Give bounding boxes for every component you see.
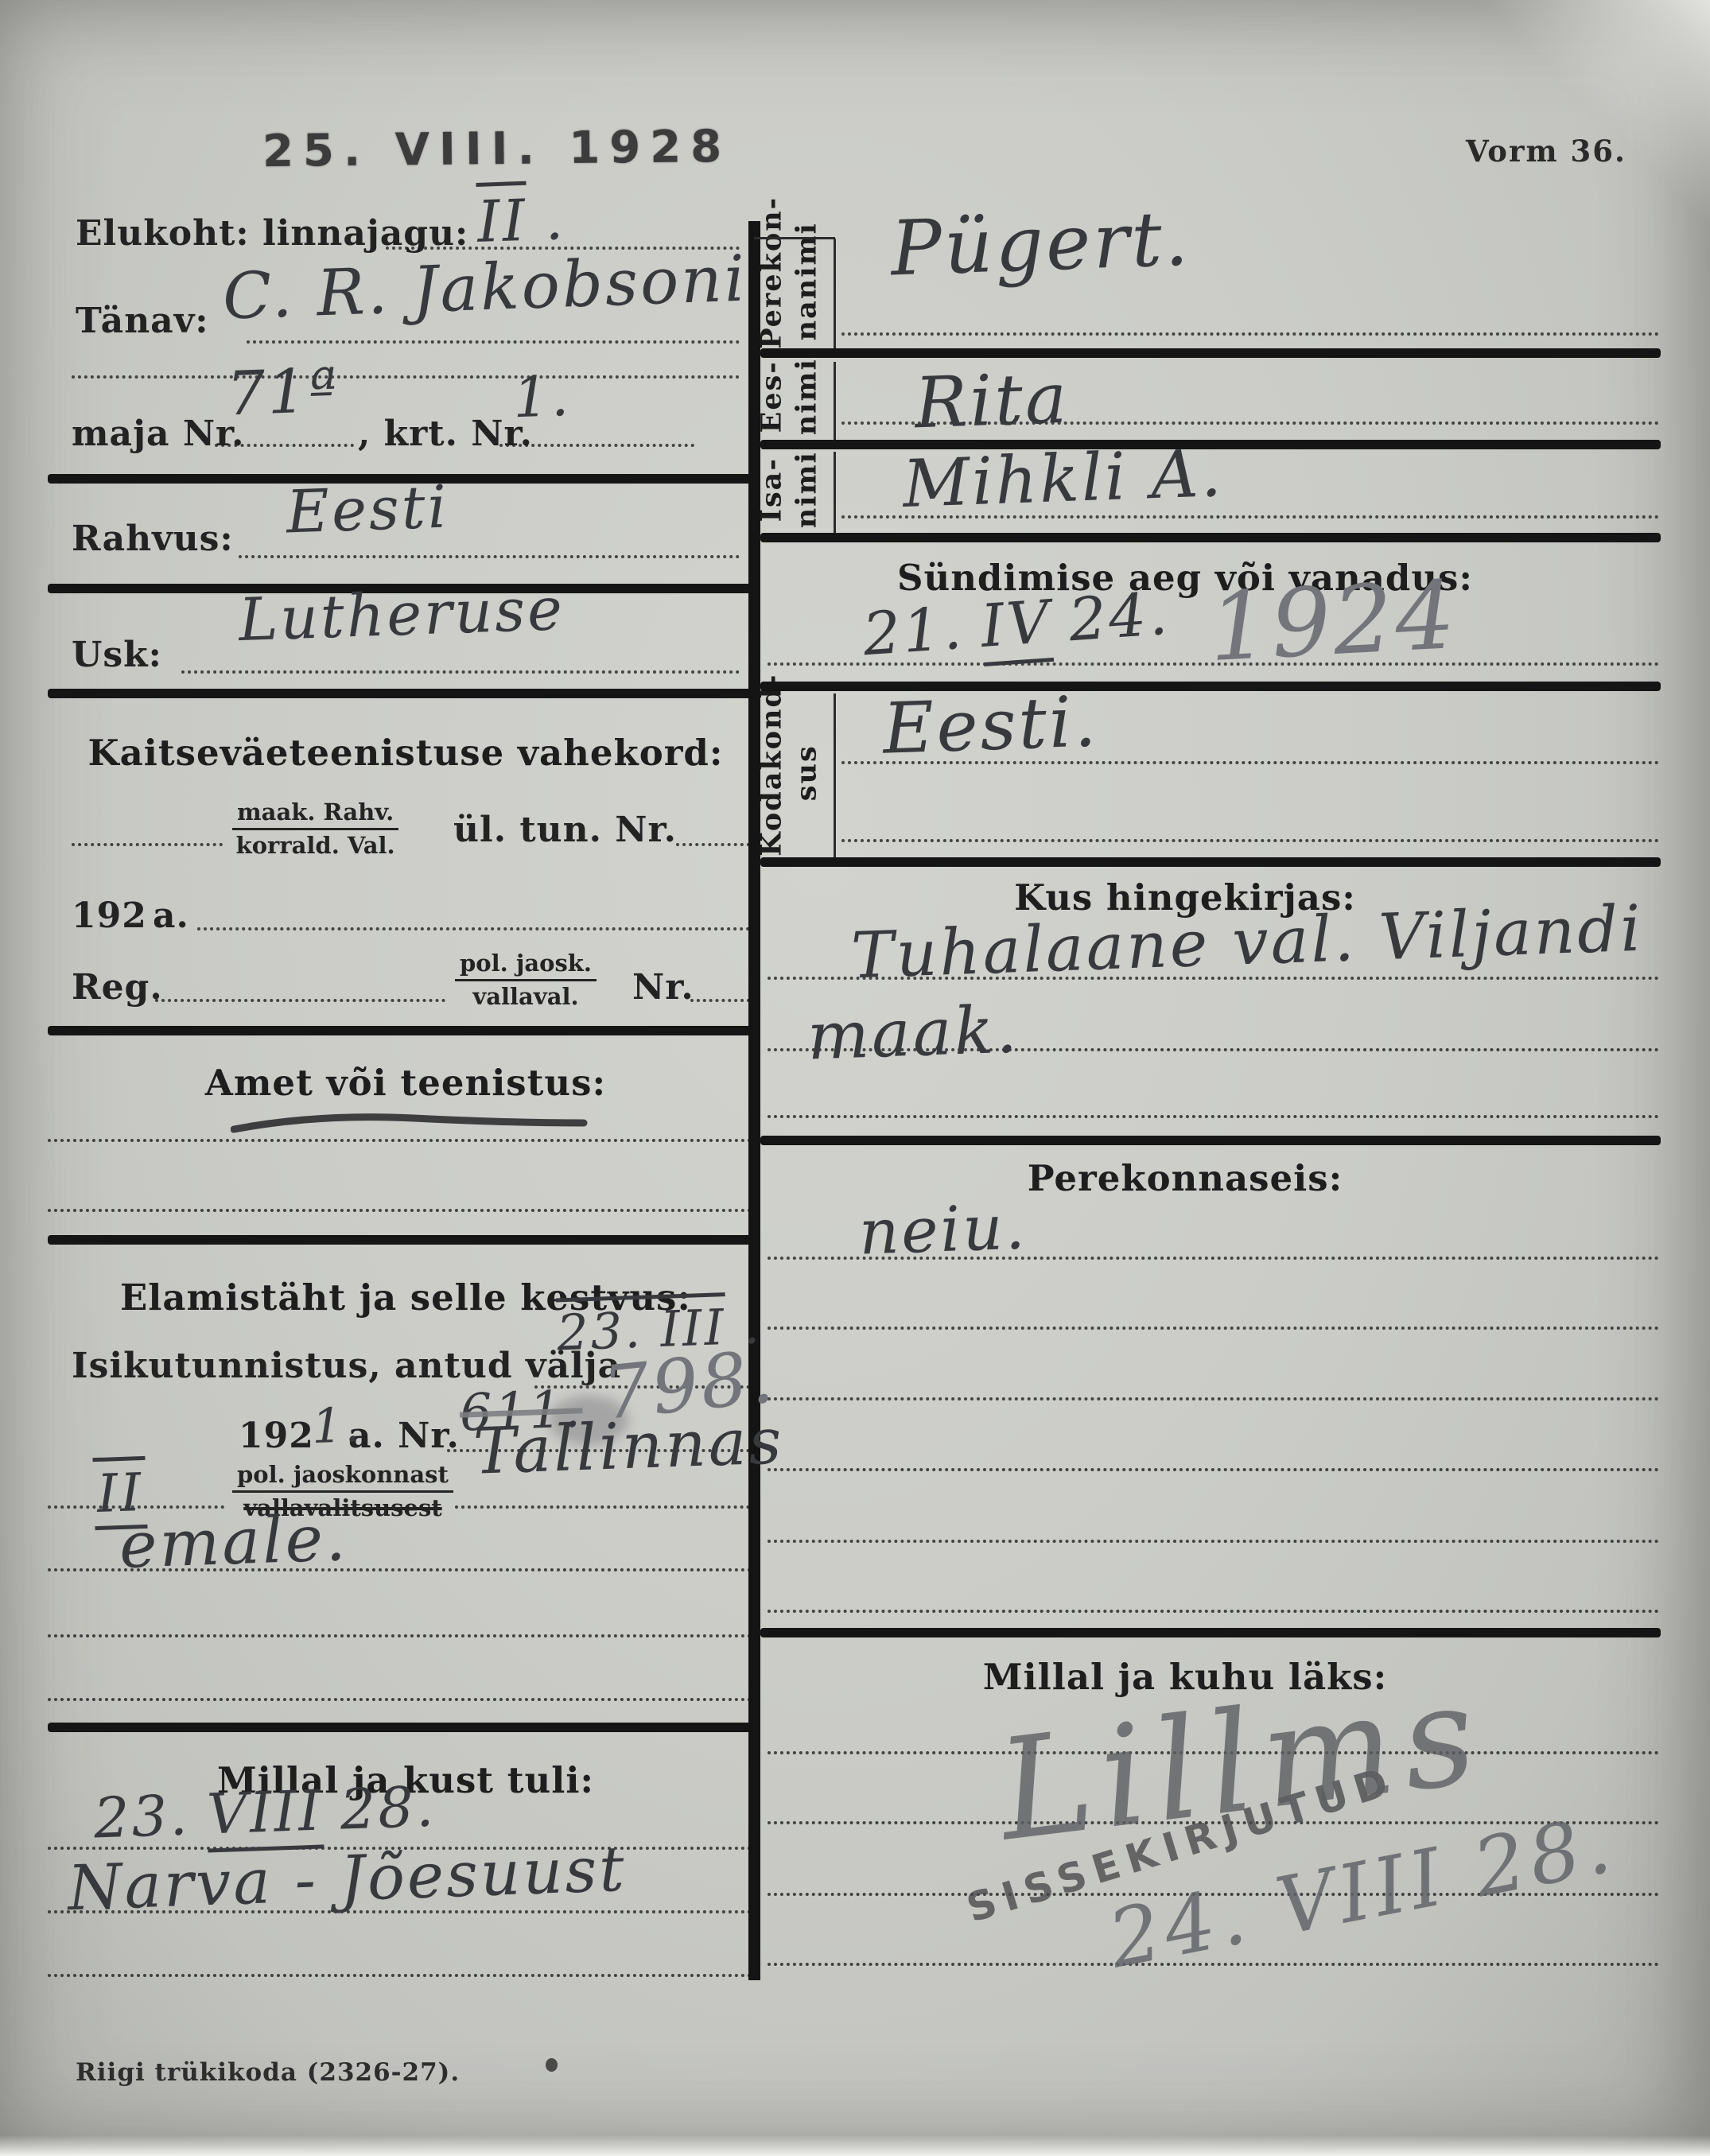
dotted-line xyxy=(239,555,740,558)
dotted-line xyxy=(841,332,1659,336)
field-isikutunnistus-label: Isikutunnistus, antud välja xyxy=(72,1346,621,1386)
section-heading-amet: Amet või teenistus: xyxy=(48,1062,764,1104)
field-tanav-label: Tänav: xyxy=(76,301,209,341)
printer-note: Riigi trükikoda (2326-27). xyxy=(76,2058,460,2087)
dotted-line xyxy=(72,843,223,846)
handwriting-kodakondsus: Eesti. xyxy=(881,680,1099,769)
printed-fraction-maak-korrald: maak. Rahv. korrald. Val. xyxy=(232,799,398,860)
dotted-line xyxy=(455,1505,750,1509)
handwriting-isanimi: Mihkli A. xyxy=(901,436,1225,522)
dotted-line xyxy=(768,1327,1659,1330)
field-nr-label: Nr. xyxy=(632,967,694,1008)
dotted-line xyxy=(768,1610,1659,1613)
roman-numeral: II xyxy=(476,181,528,255)
handwriting-hingekirjas-line2: maak. xyxy=(806,992,1020,1074)
pen-stroke-mark xyxy=(231,1112,589,1134)
dotted-line xyxy=(48,1139,752,1142)
section-divider xyxy=(760,1628,1661,1637)
dotted-line xyxy=(690,999,750,1002)
section-heading-kaitsevagi: Kaitseväeteenistuse vahekord: xyxy=(48,732,764,774)
section-divider xyxy=(760,857,1661,867)
dotted-line xyxy=(247,340,740,344)
section-divider xyxy=(48,1723,752,1732)
vertical-label-isanimi: Isa- nimi xyxy=(754,442,824,538)
field-reg-label: Reg. xyxy=(72,967,163,1008)
handwriting-perekonnaseis: neiu. xyxy=(857,1191,1028,1268)
column-divider xyxy=(748,221,760,1980)
dotted-line xyxy=(499,444,694,447)
handwriting-year-digit: 1. xyxy=(311,1397,363,1455)
field-192-a-label: a. xyxy=(153,895,189,936)
dotted-line xyxy=(197,927,750,930)
dotted-line xyxy=(768,1540,1659,1543)
vertical-label-perekonnanimi: Perekon- nanimi xyxy=(754,214,824,349)
handwriting-krt-value: 1. xyxy=(512,363,573,430)
label-cell-separator xyxy=(834,239,836,348)
ink-speck xyxy=(546,2058,558,2072)
handwriting-jaoskond-place: Tallinnas xyxy=(472,1404,784,1489)
dotted-line xyxy=(48,1209,752,1212)
field-ul-tun-label: ül. tun. Nr. xyxy=(453,810,677,850)
dotted-line xyxy=(676,843,750,846)
scan-bottom-edge xyxy=(0,2135,1710,2156)
dotted-line xyxy=(48,1634,752,1637)
handwriting-emale: emale. xyxy=(118,1501,348,1583)
handwriting-elukoht-value: II. xyxy=(476,180,566,255)
handwriting-rahvus-value: Eesti xyxy=(286,472,450,546)
section-heading-sundimise: Sündimise aeg või vanadus: xyxy=(764,557,1607,599)
vertical-label-eesnimi: Ees- nimi xyxy=(754,349,824,445)
dotted-line xyxy=(768,1468,1659,1471)
label-cell-separator xyxy=(834,452,836,533)
dotted-line xyxy=(72,375,740,379)
section-heading-perekonnaseis: Perekonnaseis: xyxy=(764,1157,1607,1199)
dotted-line xyxy=(215,444,354,447)
field-krt-label: , krt. Nr. xyxy=(358,414,533,454)
handwriting-usk-value: Lutheruse xyxy=(238,575,566,655)
section-divider xyxy=(48,689,752,698)
field-192-label-2: 192 xyxy=(239,1416,314,1456)
dotted-line xyxy=(841,839,1659,842)
section-divider xyxy=(760,348,1661,358)
dotted-line xyxy=(181,670,740,674)
handwriting-perekonnanimi: Pügert. xyxy=(889,195,1192,293)
handwriting-eesnimi: Rita xyxy=(913,357,1071,445)
label-cell-separator xyxy=(834,362,836,440)
printed-fraction-pol-jaosk: pol. jaosk. vallaval. xyxy=(455,950,597,1011)
section-divider xyxy=(48,1235,752,1245)
field-rahvus-label: Rahvus: xyxy=(72,519,234,559)
vertical-label-kodakondsus: Kodakond- sus xyxy=(754,690,824,857)
label-cell-top-line xyxy=(754,237,835,239)
dotted-line xyxy=(155,999,445,1002)
field-usk-label: Usk: xyxy=(72,635,162,675)
dotted-line xyxy=(768,1397,1659,1400)
handwriting-sund-year-pencil: 1924 xyxy=(1207,560,1460,682)
dotted-line xyxy=(768,1115,1659,1118)
field-192-label: 192 xyxy=(72,895,147,936)
section-divider xyxy=(760,1136,1661,1145)
date-stamp: 25. VIII. 1928 xyxy=(262,121,732,177)
field-a-nr-label: a. Nr. xyxy=(348,1416,460,1456)
dotted-line xyxy=(48,1698,752,1701)
handwriting-maja-value: 71ª xyxy=(225,355,340,429)
dotted-line xyxy=(48,1974,752,1977)
form-number: Vorm 36. xyxy=(1466,134,1626,169)
section-divider xyxy=(48,1026,752,1035)
section-divider xyxy=(760,533,1661,542)
field-maja-label: maja Nr. xyxy=(72,414,245,454)
label-cell-separator xyxy=(834,693,836,857)
